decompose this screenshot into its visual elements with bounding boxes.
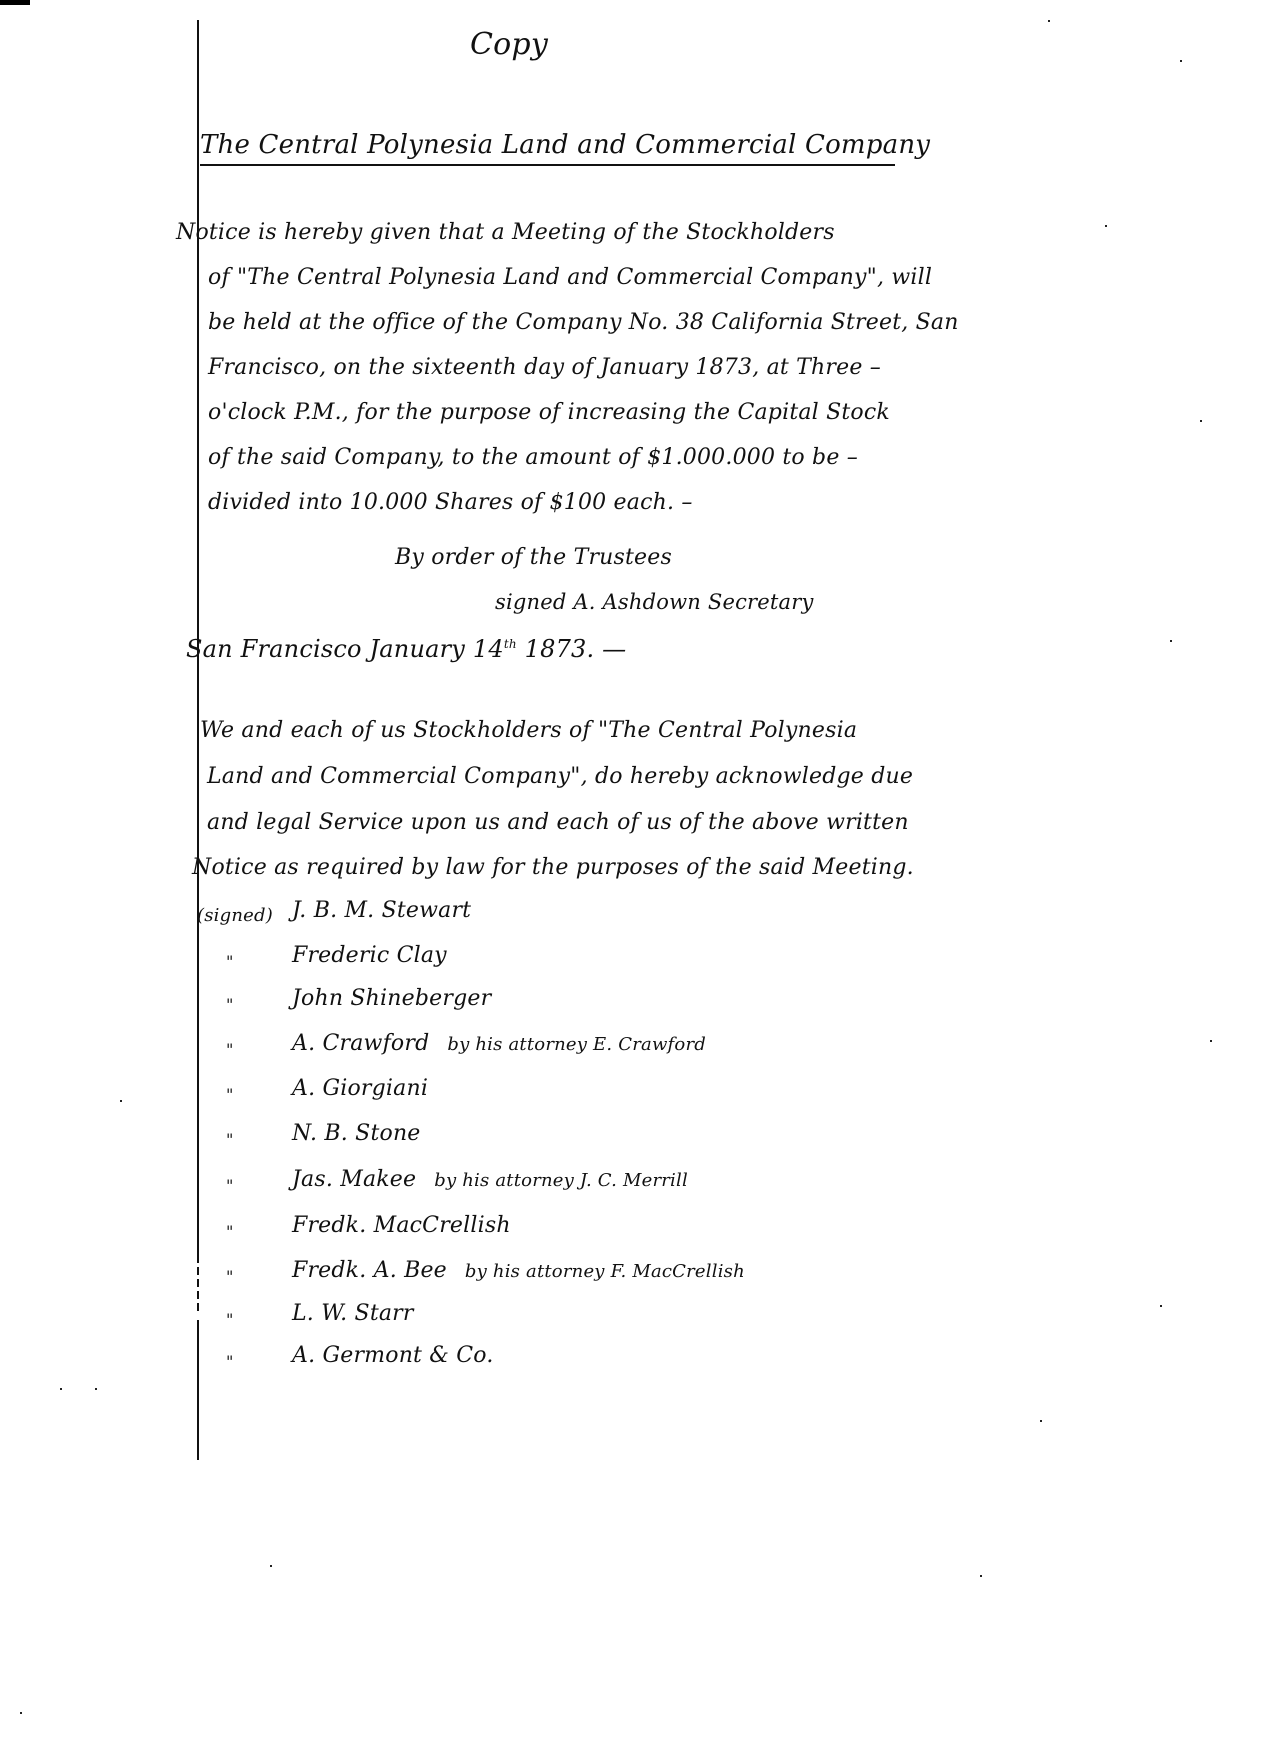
ditto-mark: " — [226, 1085, 233, 1104]
scan-speck — [1105, 225, 1107, 227]
date-suffix: th — [504, 637, 517, 651]
left-margin-rule-lower — [197, 1320, 199, 1460]
secretary-signature: signed A. Ashdown Secretary — [495, 592, 814, 613]
scan-speck — [1170, 640, 1172, 642]
ack-line: We and each of us Stockholders of "The C… — [200, 720, 857, 742]
signatory: Fredk. MacCrellish — [292, 1215, 511, 1237]
attorney-note: by his attorney F. MacCrellish — [465, 1261, 745, 1282]
signatory: Jas. Makeeby his attorney J. C. Merrill — [292, 1169, 688, 1191]
ditto-mark: " — [226, 1130, 233, 1149]
signatory-name: L. W. Starr — [292, 1301, 414, 1326]
ditto-mark: " — [226, 1222, 233, 1241]
signatory: L. W. Starr — [292, 1303, 414, 1325]
scan-speck — [95, 1388, 97, 1390]
signatory-name: Jas. Makee — [292, 1167, 416, 1192]
signatory-name: A. Crawford — [292, 1031, 429, 1056]
scan-speck — [1160, 1305, 1162, 1307]
date-place-line: San Francisco January 14th 1873. — — [186, 637, 626, 661]
company-title: The Central Polynesia Land and Commercia… — [200, 132, 895, 166]
signatory: Frederic Clay — [292, 945, 447, 967]
scan-speck — [20, 1712, 22, 1714]
ditto-mark: " — [226, 1267, 233, 1286]
attorney-note: by his attorney J. C. Merrill — [434, 1170, 688, 1191]
ditto-mark: " — [226, 1352, 233, 1371]
notice-line: of the said Company, to the amount of $1… — [208, 447, 858, 469]
signatory-name: Fredk. A. Bee — [292, 1258, 447, 1283]
scan-corner-mark — [0, 0, 30, 5]
ditto-mark: " — [226, 1176, 233, 1195]
notice-line: Francisco, on the sixteenth day of Janua… — [208, 357, 881, 379]
signatory: A. Germont & Co. — [292, 1345, 494, 1367]
notice-line: of "The Central Polynesia Land and Comme… — [208, 267, 932, 289]
ack-line: and legal Service upon us and each of us… — [207, 812, 909, 834]
scan-speck — [980, 1575, 982, 1577]
ditto-mark: " — [226, 1310, 233, 1329]
notice-line: o'clock P.M., for the purpose of increas… — [208, 402, 890, 424]
scan-speck — [60, 1388, 62, 1390]
signatory-name: J. B. M. Stewart — [292, 898, 471, 923]
signatory-name: A. Germont & Co. — [292, 1343, 494, 1368]
scan-speck — [1048, 20, 1050, 22]
signatory: John Shineberger — [292, 988, 491, 1010]
signatory: Fredk. A. Beeby his attorney F. MacCrell… — [292, 1260, 745, 1282]
signatory-name: N. B. Stone — [292, 1121, 421, 1146]
signatory-name: A. Giorgiani — [292, 1076, 428, 1101]
notice-line: Notice is hereby given that a Meeting of… — [176, 222, 835, 244]
signatory: A. Giorgiani — [292, 1078, 428, 1100]
signatory-name: Fredk. MacCrellish — [292, 1213, 511, 1238]
date-year: 1873. — — [517, 635, 627, 663]
signatory-name: Frederic Clay — [292, 943, 447, 968]
ack-line: Notice as required by law for the purpos… — [192, 857, 914, 879]
scan-speck — [1040, 1420, 1042, 1422]
scan-speck — [270, 1565, 272, 1567]
ditto-mark: " — [226, 995, 233, 1014]
ack-line: Land and Commercial Company", do hereby … — [207, 766, 913, 788]
ditto-mark: " — [226, 952, 233, 971]
notice-line: be held at the office of the Company No.… — [208, 312, 959, 334]
notice-line: divided into 10.000 Shares of $100 each.… — [208, 492, 693, 514]
scan-speck — [1180, 60, 1182, 62]
left-margin-rule-dashed — [197, 1255, 199, 1315]
signatory-name: John Shineberger — [292, 986, 491, 1011]
scan-speck — [120, 1100, 122, 1102]
copy-heading: Copy — [470, 30, 548, 60]
by-order-line: By order of the Trustees — [395, 547, 672, 569]
signatory: N. B. Stone — [292, 1123, 421, 1145]
ditto-mark: " — [226, 1040, 233, 1059]
date-place: San Francisco January 14 — [186, 635, 504, 663]
signed-label: (signed) — [197, 907, 273, 925]
signatory: J. B. M. Stewart — [292, 900, 471, 922]
scan-speck — [1200, 420, 1202, 422]
signatory: A. Crawfordby his attorney E. Crawford — [292, 1033, 706, 1055]
scan-speck — [1210, 1040, 1212, 1042]
attorney-note: by his attorney E. Crawford — [447, 1034, 706, 1055]
